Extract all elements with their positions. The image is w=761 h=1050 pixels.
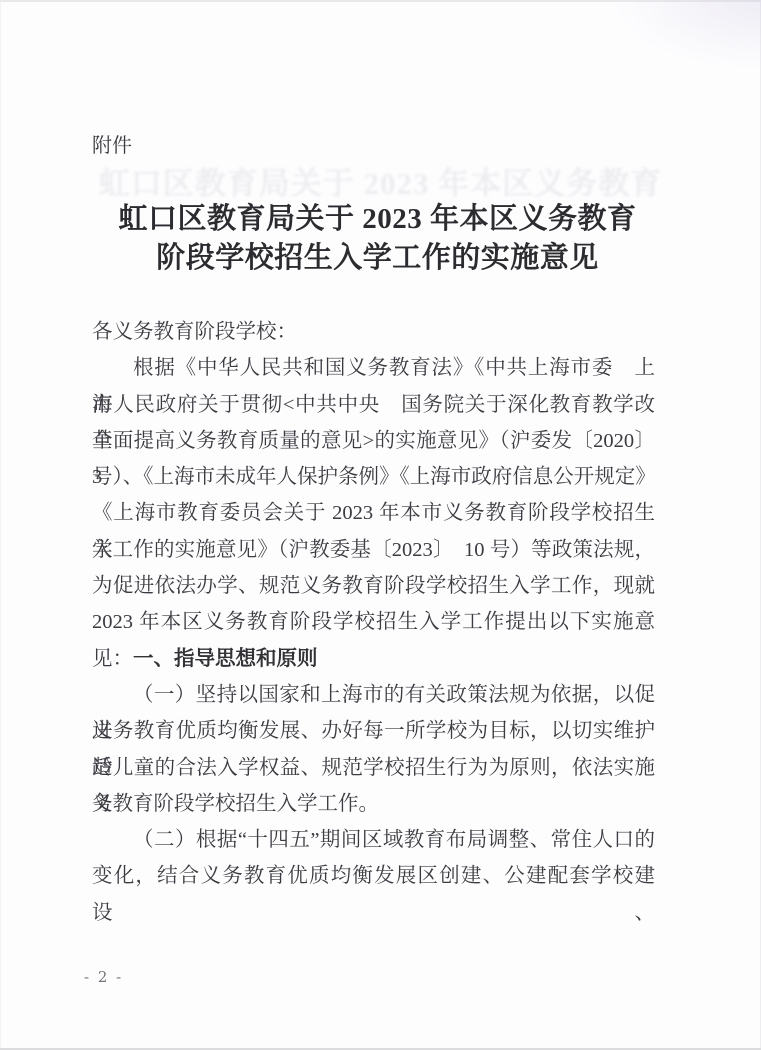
body-line: 一、指导思想和原则 bbox=[92, 641, 655, 677]
scan-corner-tint bbox=[611, 0, 761, 70]
body-line: 龄儿童的合法入学权益、规范学校招生行为为原则，依法实施义 bbox=[92, 750, 655, 786]
document-page: 虹口区教育局关于 2023 年本区义务教育 附件 虹口区教育局关于 2023 年… bbox=[0, 0, 761, 1050]
document-title: 虹口区教育局关于 2023 年本区义务教育 阶段学校招生入学工作的实施意见 bbox=[0, 200, 755, 277]
body-line: 根据《中华人民共和国义务教育法》《中共上海市委 上海 bbox=[92, 350, 655, 386]
body-line: （一）坚持以国家和上海市的有关政策法规为依据，以促进 bbox=[92, 677, 655, 713]
body-line: （二）根据“十四五”期间区域教育布局调整、常住人口的 bbox=[92, 822, 655, 858]
attachment-label: 附件 bbox=[92, 129, 132, 158]
bleedthrough-artifact: 虹口区教育局关于 2023 年本区义务教育 bbox=[0, 158, 761, 203]
page-number: - 2 - bbox=[84, 968, 123, 986]
body-line: 学工作的实施意见》（沪教委基〔2023〕 10 号）等政策法规， bbox=[92, 532, 655, 568]
document-body: 各义务教育阶段学校：根据《中华人民共和国义务教育法》《中共上海市委 上海市人民政… bbox=[92, 314, 655, 895]
document-title-line1: 虹口区教育局关于 2023 年本区义务教育 bbox=[0, 200, 755, 239]
body-line: 为促进依法办学、规范义务教育阶段学校招生入学工作，现就 bbox=[92, 568, 655, 604]
body-line: 2023 年本区义务教育阶段学校招生入学工作提出以下实施意见： bbox=[92, 604, 655, 640]
body-line: 义务教育优质均衡发展、办好每一所学校为目标，以切实维护适 bbox=[92, 713, 655, 749]
body-line: 变化，结合义务教育优质均衡发展区创建、公建配套学校建设、 bbox=[92, 858, 655, 894]
body-line: 全面提高义务教育质量的意见>的实施意见》（沪委发〔2020〕3 bbox=[92, 423, 655, 459]
body-line: 号）、《上海市未成年人保护条例》《上海市政府信息公开规定》 bbox=[92, 459, 655, 495]
body-line: 市人民政府关于贯彻<中共中央 国务院关于深化教育教学改革 bbox=[92, 387, 655, 423]
document-title-line2: 阶段学校招生入学工作的实施意见 bbox=[0, 239, 755, 278]
body-line: 各义务教育阶段学校： bbox=[92, 314, 655, 350]
body-line: 《上海市教育委员会关于 2023 年本市义务教育阶段学校招生入 bbox=[92, 495, 655, 531]
body-line: 务教育阶段学校招生入学工作。 bbox=[92, 786, 655, 822]
